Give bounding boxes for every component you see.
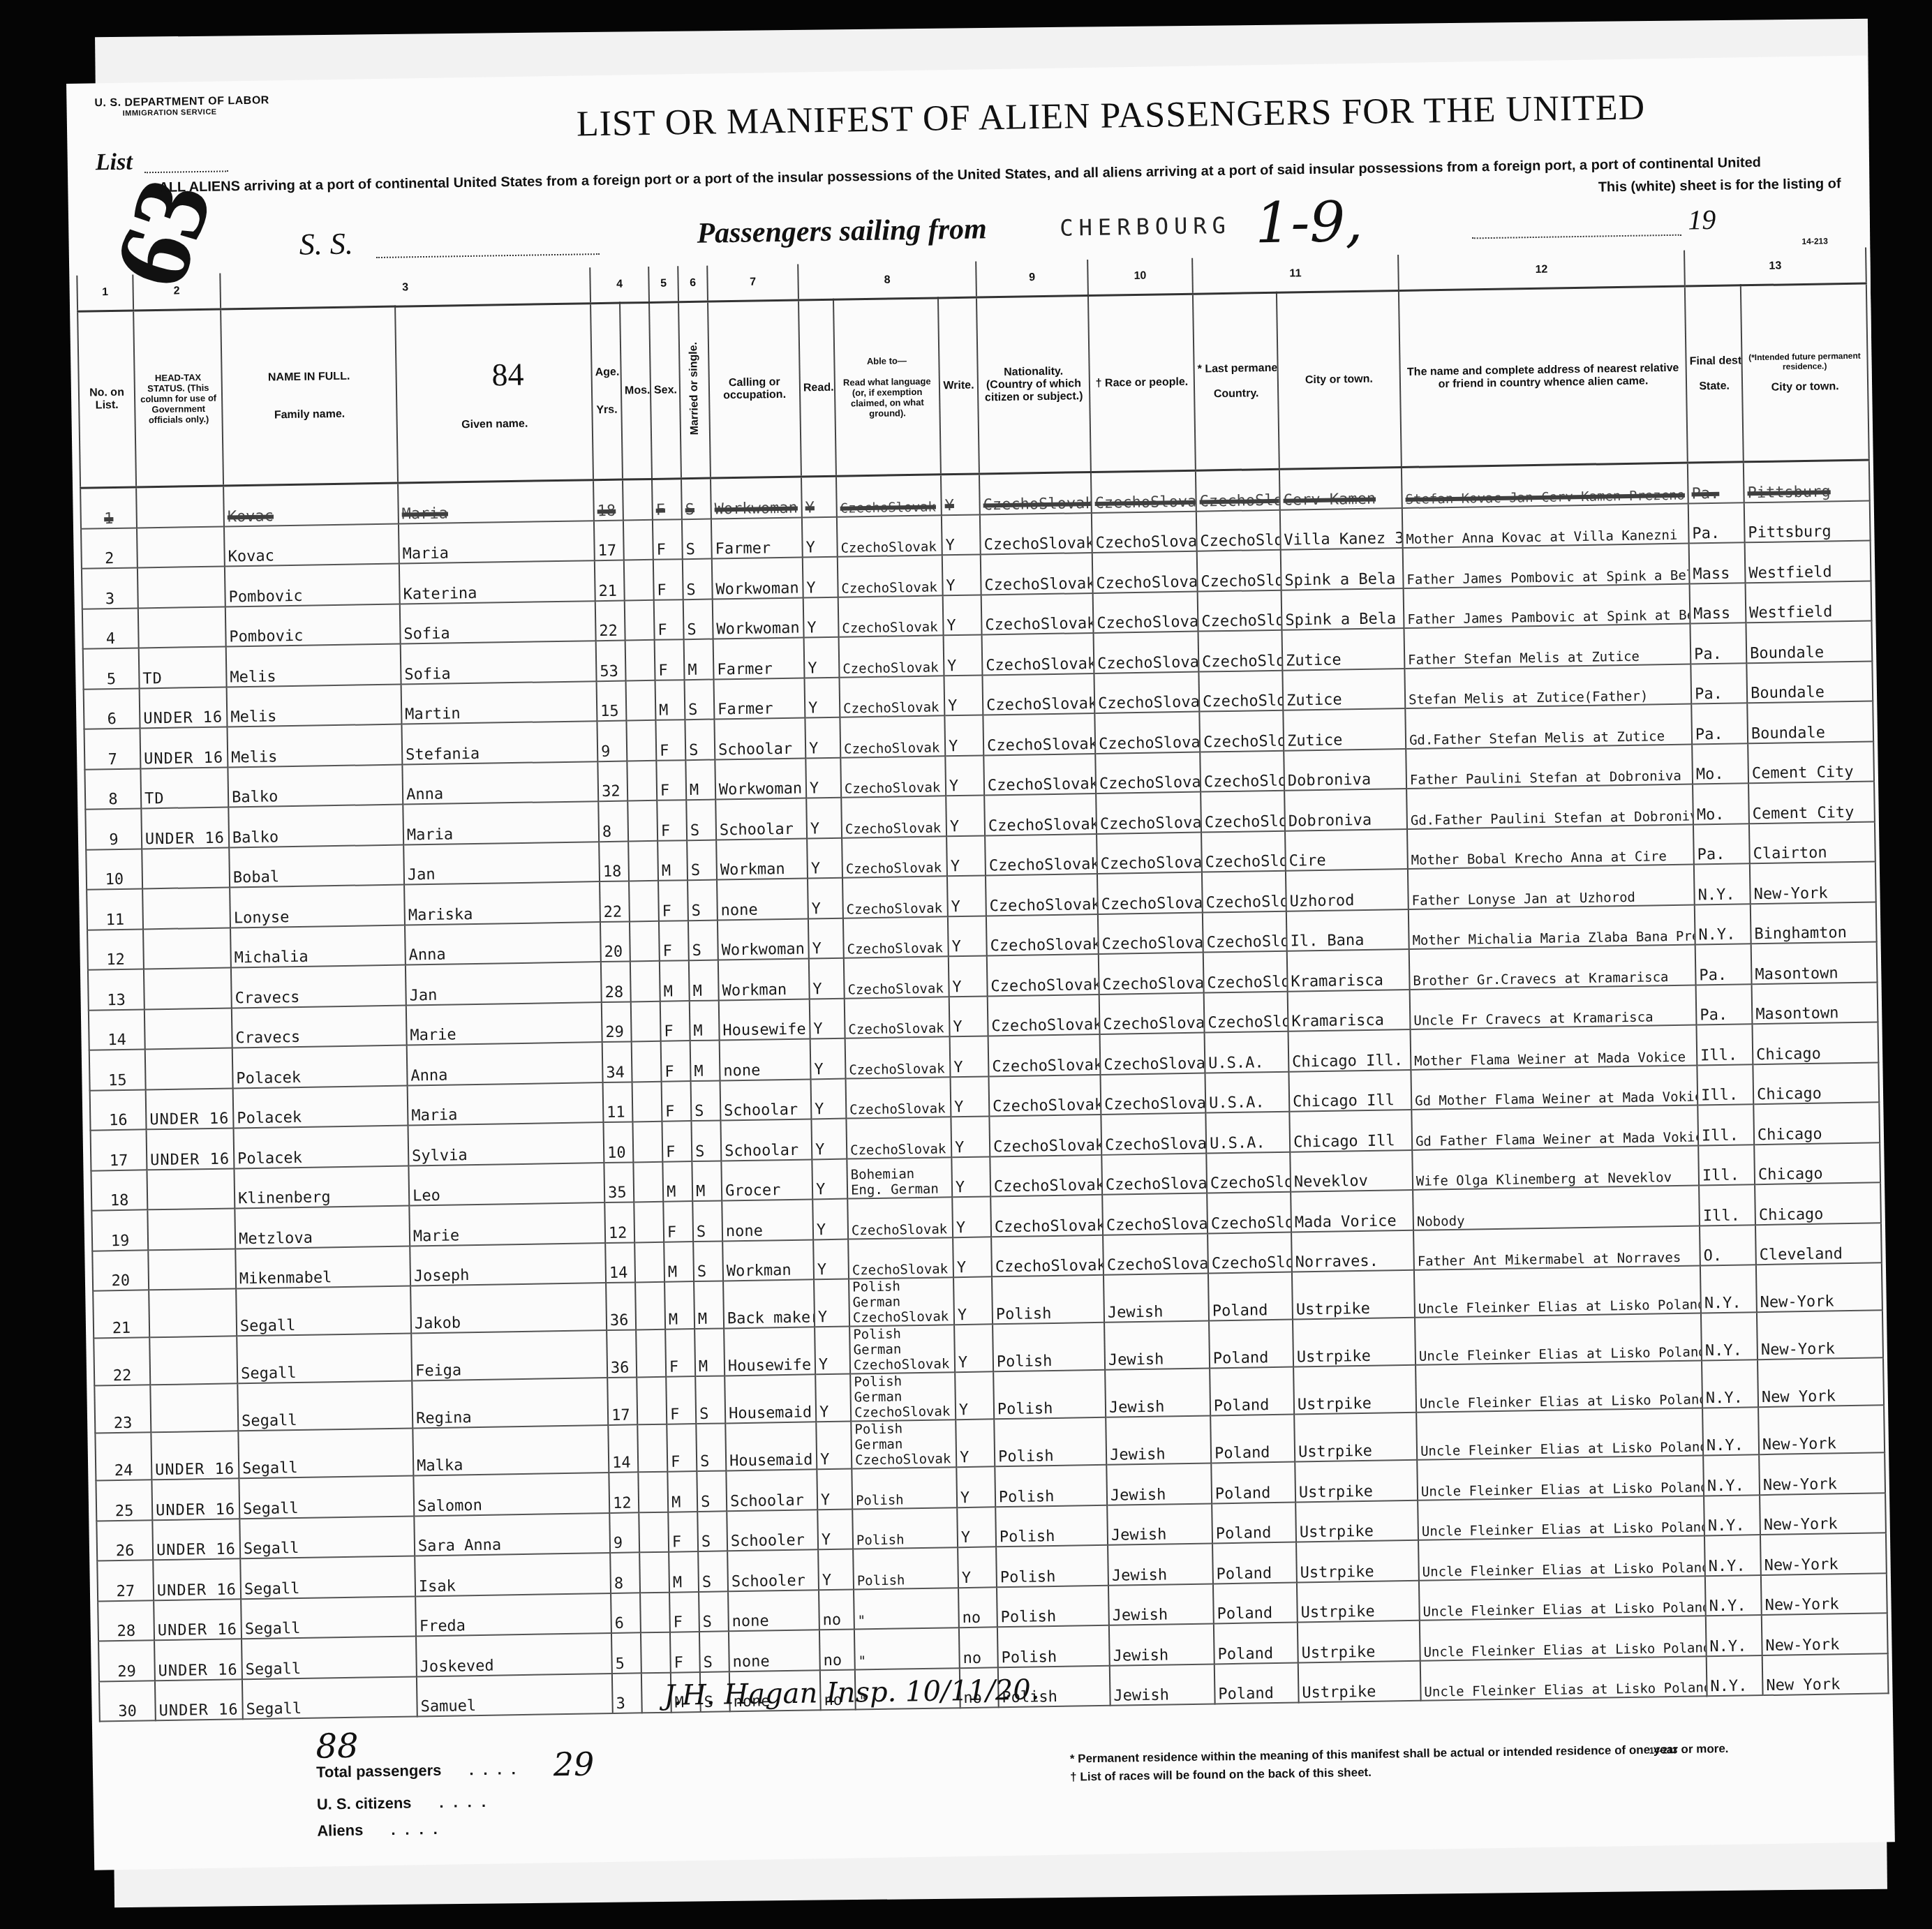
destination-state: Mass	[1689, 542, 1746, 583]
occupation: Schoolar	[715, 798, 807, 840]
can-read: Y	[812, 1199, 848, 1239]
race: CzechoSlovak	[1092, 511, 1197, 553]
destination-state: N.Y.	[1703, 1454, 1760, 1496]
can-write: Y	[945, 755, 984, 796]
residence-country: Poland	[1208, 1272, 1293, 1321]
row-number: 9	[85, 808, 142, 849]
destination-city: New York	[1758, 1357, 1884, 1407]
leader-dots: ....	[469, 1760, 526, 1785]
residence-city: Spink a Bela	[1281, 588, 1404, 630]
residence-country: CzechoSlo-vakia	[1201, 791, 1285, 832]
can-write: Y	[946, 795, 985, 835]
residence-city: Dobroniva	[1284, 789, 1407, 831]
given-name: Martin	[401, 681, 597, 724]
sailing-date: 1-9,	[1255, 189, 1364, 255]
race: CzechoSlovak	[1098, 912, 1203, 954]
nationality: CzechoSlovak	[990, 1195, 1103, 1237]
given-name: Jan	[406, 962, 602, 1005]
header-family-name: NAME IN FULL.Family name.	[221, 306, 398, 486]
sex: F	[666, 1376, 696, 1424]
destination-state: Pa.	[1690, 623, 1746, 664]
subtitle-sheet-note: This (white) sheet is for the listing of	[1598, 176, 1841, 195]
destination-state: Ill.	[1697, 1064, 1753, 1105]
header-name-in-full: NAME IN FULL.	[268, 371, 350, 384]
residence-country: U.S.A.	[1205, 1071, 1289, 1112]
family-name: Melis	[227, 684, 402, 727]
residence-city: Cire	[1285, 828, 1408, 870]
age-years: 6	[611, 1593, 641, 1633]
nationality: Polish	[993, 1323, 1105, 1372]
read-language: CzechoSlovak	[840, 756, 946, 798]
ship-blank	[376, 253, 600, 258]
marital-status: S	[699, 1591, 729, 1632]
given-name: Maria	[399, 521, 595, 564]
marital-status: S	[686, 800, 716, 840]
head-tax-stamp	[137, 526, 225, 567]
destination-city: Clairton	[1749, 821, 1875, 863]
family-name: Segall	[240, 1556, 415, 1598]
head-tax-stamp: UNDER 16	[154, 1599, 241, 1640]
marital-status: S	[697, 1470, 727, 1511]
list-blank	[144, 170, 228, 173]
head-tax-stamp: UNDER 16	[140, 687, 228, 728]
residence-city: Ustrpike	[1293, 1318, 1415, 1367]
destination-city: Chicago	[1752, 1022, 1878, 1064]
age-months	[633, 1161, 663, 1202]
marital-status: S	[687, 840, 717, 880]
read-language: CzechoSlovak	[842, 836, 947, 878]
residence-city: Zutice	[1282, 628, 1405, 670]
can-read: Y	[809, 958, 845, 999]
can-read: Y	[817, 1469, 852, 1510]
read-language: "	[854, 1628, 960, 1669]
age-months	[631, 1001, 661, 1041]
residence-country: CzechoSlo-vakia	[1197, 550, 1281, 591]
can-write: Y	[953, 1276, 993, 1325]
residence-country: CzechoSlo-vakia	[1207, 1232, 1292, 1273]
nearest-relative: Stefan Kovac Jan Cerv Kamen Prezcno	[1402, 463, 1688, 507]
race: Jewish	[1104, 1321, 1210, 1370]
age-years: 8	[598, 800, 628, 841]
marital-status: M	[685, 759, 715, 800]
occupation: Housemaid	[725, 1422, 817, 1470]
nationality: CzechoSlovak	[981, 553, 1093, 595]
nationality: Polish	[996, 1545, 1108, 1587]
row-number: 7	[84, 728, 141, 769]
header-residence-country: * Last permanent residence.Country.	[1193, 292, 1279, 470]
header-read-language: Able to—Read what language (or, if exemp…	[833, 298, 941, 476]
age-years: 32	[597, 761, 627, 801]
age-years: 34	[602, 1041, 632, 1082]
age-years: 9	[597, 721, 627, 761]
head-tax-stamp: UNDER 16	[151, 1478, 239, 1519]
age-years: 22	[595, 600, 625, 641]
race: Jewish	[1107, 1503, 1212, 1545]
destination-city: Chicago	[1755, 1182, 1881, 1224]
nearest-relative: Uncle Fleinker Elias at Lisko Poland	[1420, 1616, 1707, 1660]
age-months	[635, 1282, 665, 1330]
can-read: Y	[812, 1159, 847, 1199]
destination-state: Pa.	[1691, 703, 1748, 744]
residence-country: Poland	[1209, 1320, 1293, 1369]
subtitle: ALL ALIENS arriving at a port of contine…	[158, 154, 1806, 196]
can-read: no	[819, 1630, 855, 1670]
can-read: Y	[816, 1422, 852, 1470]
us-citizens-line: U. S. citizens ....	[317, 1791, 595, 1813]
destination-city: Pittsburg	[1744, 460, 1870, 502]
sex: M	[662, 1161, 692, 1202]
race: CzechoSlovak	[1096, 792, 1201, 834]
residence-country: CzechoSlo-vakia	[1204, 991, 1288, 1032]
row-number: 20	[92, 1250, 149, 1291]
age-years: 10	[603, 1122, 633, 1162]
marital-status: M	[694, 1328, 724, 1376]
destination-city: Masontown	[1752, 982, 1878, 1024]
nearest-relative: Brother Gr.Cravecs at Kramarisca	[1409, 944, 1696, 989]
race: Jewish	[1109, 1623, 1214, 1665]
age-months	[639, 1512, 669, 1552]
given-name: Jan	[403, 842, 600, 885]
header-head-tax: HEAD-TAX STATUS. (This column for use of…	[133, 309, 223, 487]
destination-city: Boundale	[1746, 620, 1872, 662]
age-months	[626, 680, 656, 720]
age-years: 5	[611, 1632, 641, 1673]
age-months	[630, 961, 660, 1001]
marital-status: S	[691, 1080, 721, 1121]
destination-state: N.Y.	[1694, 863, 1751, 904]
read-language: CzechoSlovak	[845, 1036, 951, 1078]
age-months	[634, 1242, 664, 1282]
can-read: no	[819, 1589, 854, 1630]
race: CzechoSlovak	[1093, 591, 1198, 633]
occupation: none	[722, 1199, 813, 1241]
sex: F	[658, 880, 688, 921]
race: Jewish	[1110, 1664, 1215, 1706]
destination-state: N.Y.	[1702, 1360, 1758, 1408]
head-tax-stamp	[150, 1383, 238, 1432]
header-relative: The name and complete address of nearest…	[1399, 286, 1688, 467]
header-married: Married or single.	[678, 301, 711, 479]
residence-country: Poland	[1212, 1542, 1297, 1584]
destination-city: New-York	[1760, 1493, 1886, 1535]
age-years: 18	[599, 841, 629, 881]
nationality: CzechoSlovak	[982, 633, 1094, 675]
family-name: Segall	[239, 1516, 415, 1558]
race: CzechoSlovak	[1097, 832, 1202, 874]
nearest-relative: Uncle Fleinker Elias at Lisko Poland	[1416, 1408, 1703, 1459]
age-years: 36	[607, 1330, 637, 1378]
age-years: 8	[610, 1552, 640, 1593]
destination-state: N.Y.	[1701, 1312, 1758, 1360]
destination-state: N.Y.	[1704, 1495, 1760, 1536]
sex: F	[662, 1081, 692, 1122]
read-language: CzechoSlovak	[837, 515, 942, 557]
row-number: 3	[82, 567, 138, 609]
destination-state: Ill.	[1697, 1024, 1753, 1065]
residence-country: Poland	[1214, 1662, 1299, 1704]
can-write: Y	[944, 675, 983, 715]
read-language: CzechoSlovak	[841, 796, 946, 837]
nearest-relative: Uncle Fleinker Elias at Lisko Poland	[1417, 1455, 1704, 1500]
header-read-language-label: Read what language (or, if exemption cla…	[843, 376, 931, 419]
given-name: Maria	[408, 1082, 604, 1126]
head-tax-stamp: UNDER 16	[140, 727, 228, 768]
family-name: Segall	[238, 1428, 413, 1478]
age-years: 53	[596, 641, 626, 681]
residence-city: Ustrpike	[1294, 1413, 1417, 1462]
can-write: Y	[953, 1237, 992, 1277]
can-read: Y	[803, 557, 838, 597]
nearest-relative: Father Ant Mikermabel at Norraves	[1413, 1226, 1700, 1270]
residence-city: Kramarisca	[1287, 949, 1410, 991]
nearest-relative: Mother Flama Weiner at Mada Vokice	[1411, 1025, 1697, 1069]
family-name: Segall	[241, 1636, 417, 1678]
marital-status: M	[692, 1161, 722, 1201]
can-read: Y	[815, 1327, 850, 1375]
header-residence-city: City or town.	[1277, 291, 1402, 470]
head-tax-stamp: UNDER 16	[154, 1639, 242, 1680]
can-read: Y	[805, 757, 841, 798]
row-number: 4	[82, 608, 139, 649]
residence-country: CzechoSlo-vakia	[1198, 590, 1282, 631]
row-number: 11	[87, 888, 143, 930]
read-language: CzechoSlovak	[845, 997, 950, 1038]
row-number: 26	[96, 1520, 153, 1561]
can-write: no	[959, 1627, 998, 1667]
nearest-relative: Stefan Melis at Zutice(Father)	[1404, 664, 1691, 708]
nearest-relative: Gd.Father Stefan Melis at Zutice	[1405, 704, 1692, 749]
totals-block: Total passengers .... 29 U. S. citizens …	[316, 1750, 595, 1848]
age-months	[626, 720, 656, 761]
sex: F	[662, 1121, 692, 1161]
occupation: Farmer	[711, 517, 803, 559]
marital-status: M	[694, 1281, 724, 1329]
name-count-handwritten: 84	[491, 356, 524, 392]
read-language: CzechoSlovak	[836, 475, 942, 516]
age-months	[630, 921, 660, 961]
occupation: none	[717, 878, 808, 920]
row-number: 19	[91, 1209, 148, 1251]
read-language: CzechoSlovak	[848, 1237, 953, 1279]
given-name: Freda	[415, 1593, 611, 1637]
age-years: 17	[607, 1377, 637, 1425]
race: CzechoSlovak	[1102, 1193, 1207, 1235]
destination-state: Mass	[1690, 583, 1746, 624]
sex: F	[663, 1201, 693, 1242]
header-yrs: Yrs.	[596, 404, 618, 416]
header-read-label: Read.	[803, 382, 834, 394]
given-name: Maria	[403, 801, 599, 844]
year-label: 19	[1688, 203, 1716, 237]
sex: F	[668, 1512, 698, 1552]
colnum-10: 10	[1087, 258, 1193, 296]
nearest-relative: Gd.Father Paulini Stefan at Dobroniva	[1406, 784, 1693, 829]
family-name: Melis	[228, 724, 403, 767]
occupation: none	[720, 1038, 811, 1080]
marital-status: M	[684, 639, 714, 680]
age-years: 14	[608, 1424, 638, 1473]
residence-city: Villa Kanez 31 68	[1280, 508, 1403, 550]
row-number: 22	[94, 1337, 150, 1385]
read-language: "	[854, 1588, 959, 1630]
read-language: CzechoSlovak	[838, 555, 943, 597]
occupation: Farmer	[714, 678, 805, 720]
read-language: CzechoSlovak	[839, 676, 944, 717]
family-name: Melis	[226, 644, 401, 687]
head-tax-stamp: UNDER 16	[141, 807, 229, 848]
nearest-relative: Father James Pambovic at Spink at Bela	[1404, 583, 1690, 628]
header-married-label: Married or single.	[688, 342, 701, 435]
sex: M	[664, 1281, 694, 1330]
nearest-relative: Uncle Fleinker Elias at Lisko Poland	[1419, 1576, 1706, 1621]
can-read: Y	[804, 637, 840, 678]
residence-country: U.S.A.	[1205, 1031, 1289, 1073]
sex: F	[653, 559, 683, 599]
header-race: † Race or people.	[1088, 294, 1196, 472]
age-years: 28	[601, 961, 631, 1001]
nationality: Polish	[994, 1417, 1106, 1467]
age-years: 20	[600, 921, 630, 962]
destination-state: Mo.	[1692, 743, 1748, 784]
given-name: Leo	[408, 1163, 604, 1206]
can-write: Y	[948, 916, 987, 956]
race: CzechoSlovak	[1101, 1113, 1206, 1155]
head-tax-stamp	[145, 1048, 233, 1089]
age-years: 12	[604, 1202, 634, 1242]
nearest-relative: Uncle Fleinker Elias at Lisko Poland	[1420, 1656, 1707, 1701]
race: Jewish	[1104, 1274, 1209, 1323]
can-read: Y	[817, 1509, 853, 1549]
read-language: Polish German CzechoSlovak	[850, 1372, 956, 1421]
race: Jewish	[1106, 1463, 1212, 1505]
family-name: Segall	[237, 1333, 412, 1383]
family-name: Pombovic	[225, 564, 400, 606]
can-write: Y	[956, 1419, 995, 1467]
header-occupation: Calling or occupation.	[708, 300, 801, 478]
head-tax-stamp	[149, 1336, 237, 1385]
age-months	[637, 1377, 667, 1425]
residence-country: Poland	[1210, 1367, 1294, 1416]
read-language: CzechoSlovak	[843, 916, 949, 958]
sex: M	[657, 840, 688, 881]
department-name: U. S. DEPARTMENT OF LABOR	[94, 94, 269, 109]
family-name: Kovac	[224, 523, 399, 566]
residence-city: Il. Bana	[1286, 909, 1409, 951]
read-language: Polish	[852, 1467, 957, 1509]
row-number: 16	[90, 1089, 147, 1131]
nearest-relative: Uncle Fleinker Elias at Lisko Poland.	[1418, 1535, 1705, 1580]
given-name: Malka	[413, 1425, 609, 1475]
row-number: 23	[94, 1385, 151, 1433]
occupation: none	[729, 1630, 820, 1671]
row-number: 24	[95, 1432, 151, 1480]
age-years: 18	[593, 479, 623, 521]
marital-status: S	[691, 1120, 721, 1161]
colnum-3: 3	[220, 267, 590, 309]
residence-city: Cerv Kamen	[1279, 468, 1402, 510]
age-months	[632, 1041, 662, 1082]
ship-label: S. S.	[299, 226, 353, 262]
marital-status: S	[683, 599, 713, 639]
nationality: CzechoSlovak	[989, 1074, 1101, 1116]
read-language: Bohemian Eng. German	[847, 1157, 952, 1199]
nationality: CzechoSlovak	[983, 753, 1096, 795]
marital-status: S	[685, 679, 715, 720]
can-write: Y	[944, 634, 983, 675]
race: CzechoSlovak	[1094, 632, 1199, 673]
header-destination-note: (*Intended future permanent residence.)	[1748, 351, 1861, 372]
colnum-7: 7	[707, 265, 798, 302]
can-read: Y	[806, 798, 842, 838]
can-read: Y	[804, 677, 840, 717]
read-language: CzechoSlovak	[844, 956, 949, 998]
can-read: Y	[810, 998, 845, 1038]
column-headers-row: No. on List. HEAD-TAX STATUS. (This colu…	[77, 283, 1869, 488]
header-state: State.	[1699, 380, 1730, 393]
row-number: 27	[97, 1560, 154, 1601]
occupation: Back maker	[723, 1279, 815, 1328]
family-name: Segall	[241, 1596, 416, 1639]
residence-country: CzechoSlo-vakia	[1196, 469, 1280, 511]
sex: F	[653, 519, 683, 560]
header-nationality: Nationality. (Country of which citizen o…	[976, 296, 1091, 474]
marital-status: M	[690, 1040, 720, 1080]
age-months	[638, 1472, 668, 1512]
nationality: Polish	[997, 1625, 1110, 1667]
can-read: Y	[805, 717, 840, 758]
residence-city: Chicago Ill.	[1288, 1029, 1411, 1071]
head-tax-stamp	[142, 887, 230, 928]
destination-city: Boundale	[1746, 661, 1873, 703]
nearest-relative: Uncle Fleinker Elias at Lisko Poland	[1418, 1496, 1704, 1540]
can-read: Y	[810, 1038, 846, 1079]
sex: M	[667, 1471, 697, 1512]
read-language: Polish German CzechoSlovak	[849, 1325, 955, 1373]
can-write: Y	[949, 955, 988, 996]
row-number: 15	[89, 1049, 146, 1090]
occupation: none	[728, 1590, 819, 1632]
can-read: Y	[803, 597, 839, 637]
can-write: Y	[954, 1324, 993, 1372]
residence-city: Uzhorod	[1286, 869, 1409, 911]
row-number: 13	[88, 969, 144, 1010]
colnum-5: 5	[648, 266, 678, 302]
header-dest-city: (*Intended future permanent residence.)C…	[1741, 283, 1869, 462]
year-blank	[1472, 234, 1681, 239]
row-number: 30	[99, 1681, 156, 1722]
row-number: 5	[83, 648, 140, 689]
nationality: CzechoSlovak	[991, 1235, 1104, 1276]
family-name: Balko	[228, 764, 403, 807]
form-number-top: 14-213	[1801, 236, 1828, 246]
nationality: CzechoSlovak	[980, 513, 1092, 555]
row-number: 8	[84, 768, 141, 810]
destination-city: Masontown	[1751, 941, 1878, 983]
read-language: CzechoSlovak	[846, 1117, 951, 1159]
sex: F	[655, 720, 685, 760]
age-years: 11	[603, 1082, 633, 1122]
sex: F	[661, 1041, 691, 1081]
row-number: 21	[93, 1290, 149, 1338]
given-name: Salomon	[413, 1473, 609, 1516]
head-tax-stamp: UNDER 16	[151, 1431, 239, 1480]
family-name: Polacek	[234, 1125, 409, 1168]
residence-city: Ustrpike	[1298, 1621, 1420, 1662]
residence-city: Zutice	[1282, 668, 1405, 710]
given-name: Anna	[405, 922, 601, 965]
occupation: Schoolar	[714, 717, 805, 759]
race: CzechoSlovak	[1094, 671, 1199, 713]
